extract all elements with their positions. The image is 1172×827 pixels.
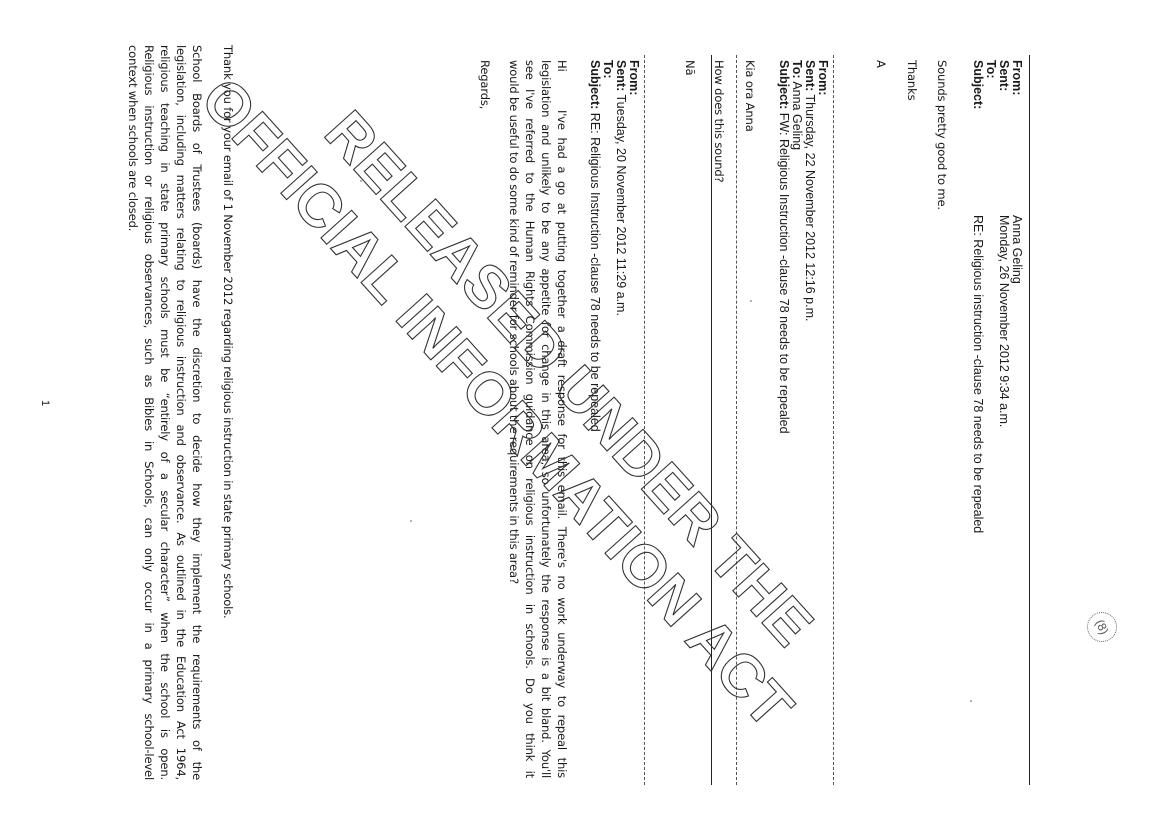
body-line: A <box>873 60 889 68</box>
sent-label: Sent: <box>803 60 817 91</box>
separator-line <box>644 55 645 785</box>
subject-value: RE: Religious Instruction -clause 78 nee… <box>588 113 602 432</box>
sent-value: Tuesday, 20 November 2012 11:29 a.m. <box>614 95 628 316</box>
greeting: Hi <box>554 60 570 72</box>
scan-speck <box>360 180 362 182</box>
sent-value: Thursday, 22 November 2012 12:16 p.m. <box>803 95 817 322</box>
sent-line: Sent: Tuesday, 20 November 2012 11:29 a.… <box>614 60 628 316</box>
subject-label: Subject: <box>588 60 602 109</box>
scanned-document-page: From: Anna Geling Sent: Monday, 26 Novem… <box>0 0 1172 827</box>
subject-value: RE: Religious instruction -clause 78 nee… <box>971 215 985 533</box>
from-value: Anna Geling <box>1010 215 1024 284</box>
to-label: To: <box>601 60 615 79</box>
subject-label: Subject: <box>777 60 791 109</box>
body-line: Sounds pretty good to me. <box>934 60 950 210</box>
to-label: To: <box>984 60 998 79</box>
signoff: Regards, <box>477 60 493 109</box>
body-line: Nā <box>682 60 698 75</box>
paragraph-line: I've had a go at putting together a draf… <box>554 110 570 778</box>
subject-line: Subject: FW: Religious Instruction -clau… <box>777 60 791 434</box>
from-label: From: <box>627 60 641 95</box>
to-label: To: <box>790 60 804 79</box>
sent-value: Monday, 26 November 2012 9:34 a.m. <box>997 215 1011 427</box>
to-value: Anna Geling <box>790 81 804 150</box>
sent-label: Sent: <box>997 60 1011 91</box>
separator-line <box>1029 55 1030 785</box>
scan-speck <box>750 300 752 302</box>
from-label: From: <box>816 60 830 95</box>
subject-line: Subject: RE: Religious Instruction -clau… <box>588 60 602 432</box>
sent-label: Sent: <box>614 60 628 91</box>
paragraph-line: School Boards of Trustees (boards) have … <box>189 45 205 780</box>
subject-value: FW: Religious Instruction -clause 78 nee… <box>777 113 791 434</box>
paragraph-line: legislation, including matters relating … <box>173 45 189 780</box>
scan-speck <box>410 520 412 522</box>
opening-line: Thank you for your email of 1 November 2… <box>220 45 236 619</box>
scan-speck <box>970 700 972 702</box>
body-line: Kia ora Anna <box>742 60 758 132</box>
paragraph-line: legislation and unlikely to be any appet… <box>538 60 554 778</box>
paragraph-line: would be useful to do some kind of remin… <box>506 60 522 584</box>
separator-line <box>711 55 712 785</box>
paragraph-line: religious teaching in state primary scho… <box>157 45 173 780</box>
sent-line: Sent: Thursday, 22 November 2012 12:16 p… <box>803 60 817 321</box>
page-number: 1 <box>37 400 53 406</box>
separator-line <box>736 55 737 785</box>
paragraph-line: Religious instruction or religious obser… <box>141 45 157 780</box>
subject-label: Subject: <box>971 60 985 109</box>
body-line: Thanks <box>904 60 920 100</box>
to-line: To: Anna Geling <box>790 60 804 150</box>
from-label: From: <box>1010 60 1024 95</box>
body-line: How does this sound? <box>711 60 727 182</box>
paragraph-line: see I've referred to the Human Rights Co… <box>522 60 538 778</box>
margin-mark-circle: (8) <box>1082 607 1122 647</box>
paragraph-line: context when schools are closed. <box>125 45 141 231</box>
separator-line <box>833 55 834 785</box>
